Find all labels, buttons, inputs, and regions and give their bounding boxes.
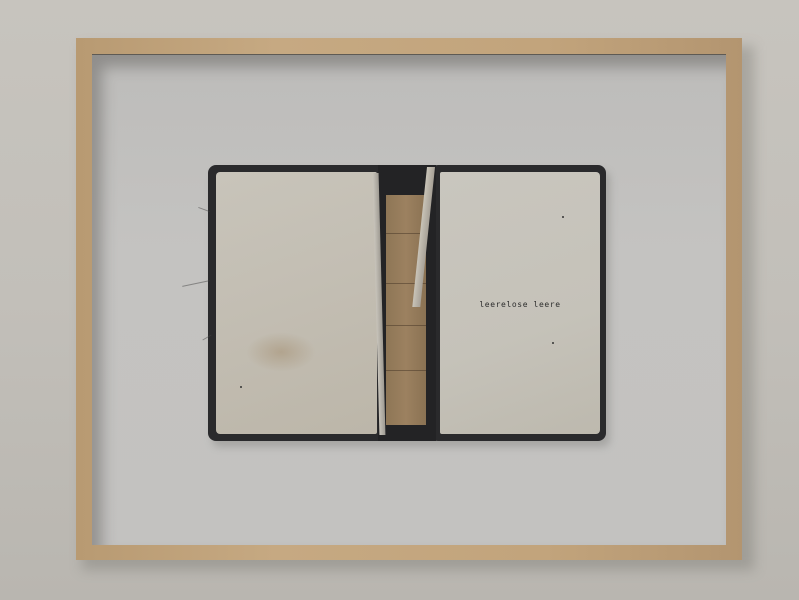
left-page bbox=[216, 172, 377, 434]
page-speck bbox=[562, 216, 564, 218]
page-inscription: leerelose leere bbox=[440, 300, 600, 309]
open-book: leerelose leere bbox=[208, 165, 606, 441]
page-speck bbox=[552, 342, 554, 344]
page-speck bbox=[240, 386, 242, 388]
spine-crease bbox=[386, 325, 426, 326]
right-page: leerelose leere bbox=[440, 172, 600, 434]
page-stain bbox=[246, 332, 316, 372]
spine-crease bbox=[386, 370, 426, 371]
